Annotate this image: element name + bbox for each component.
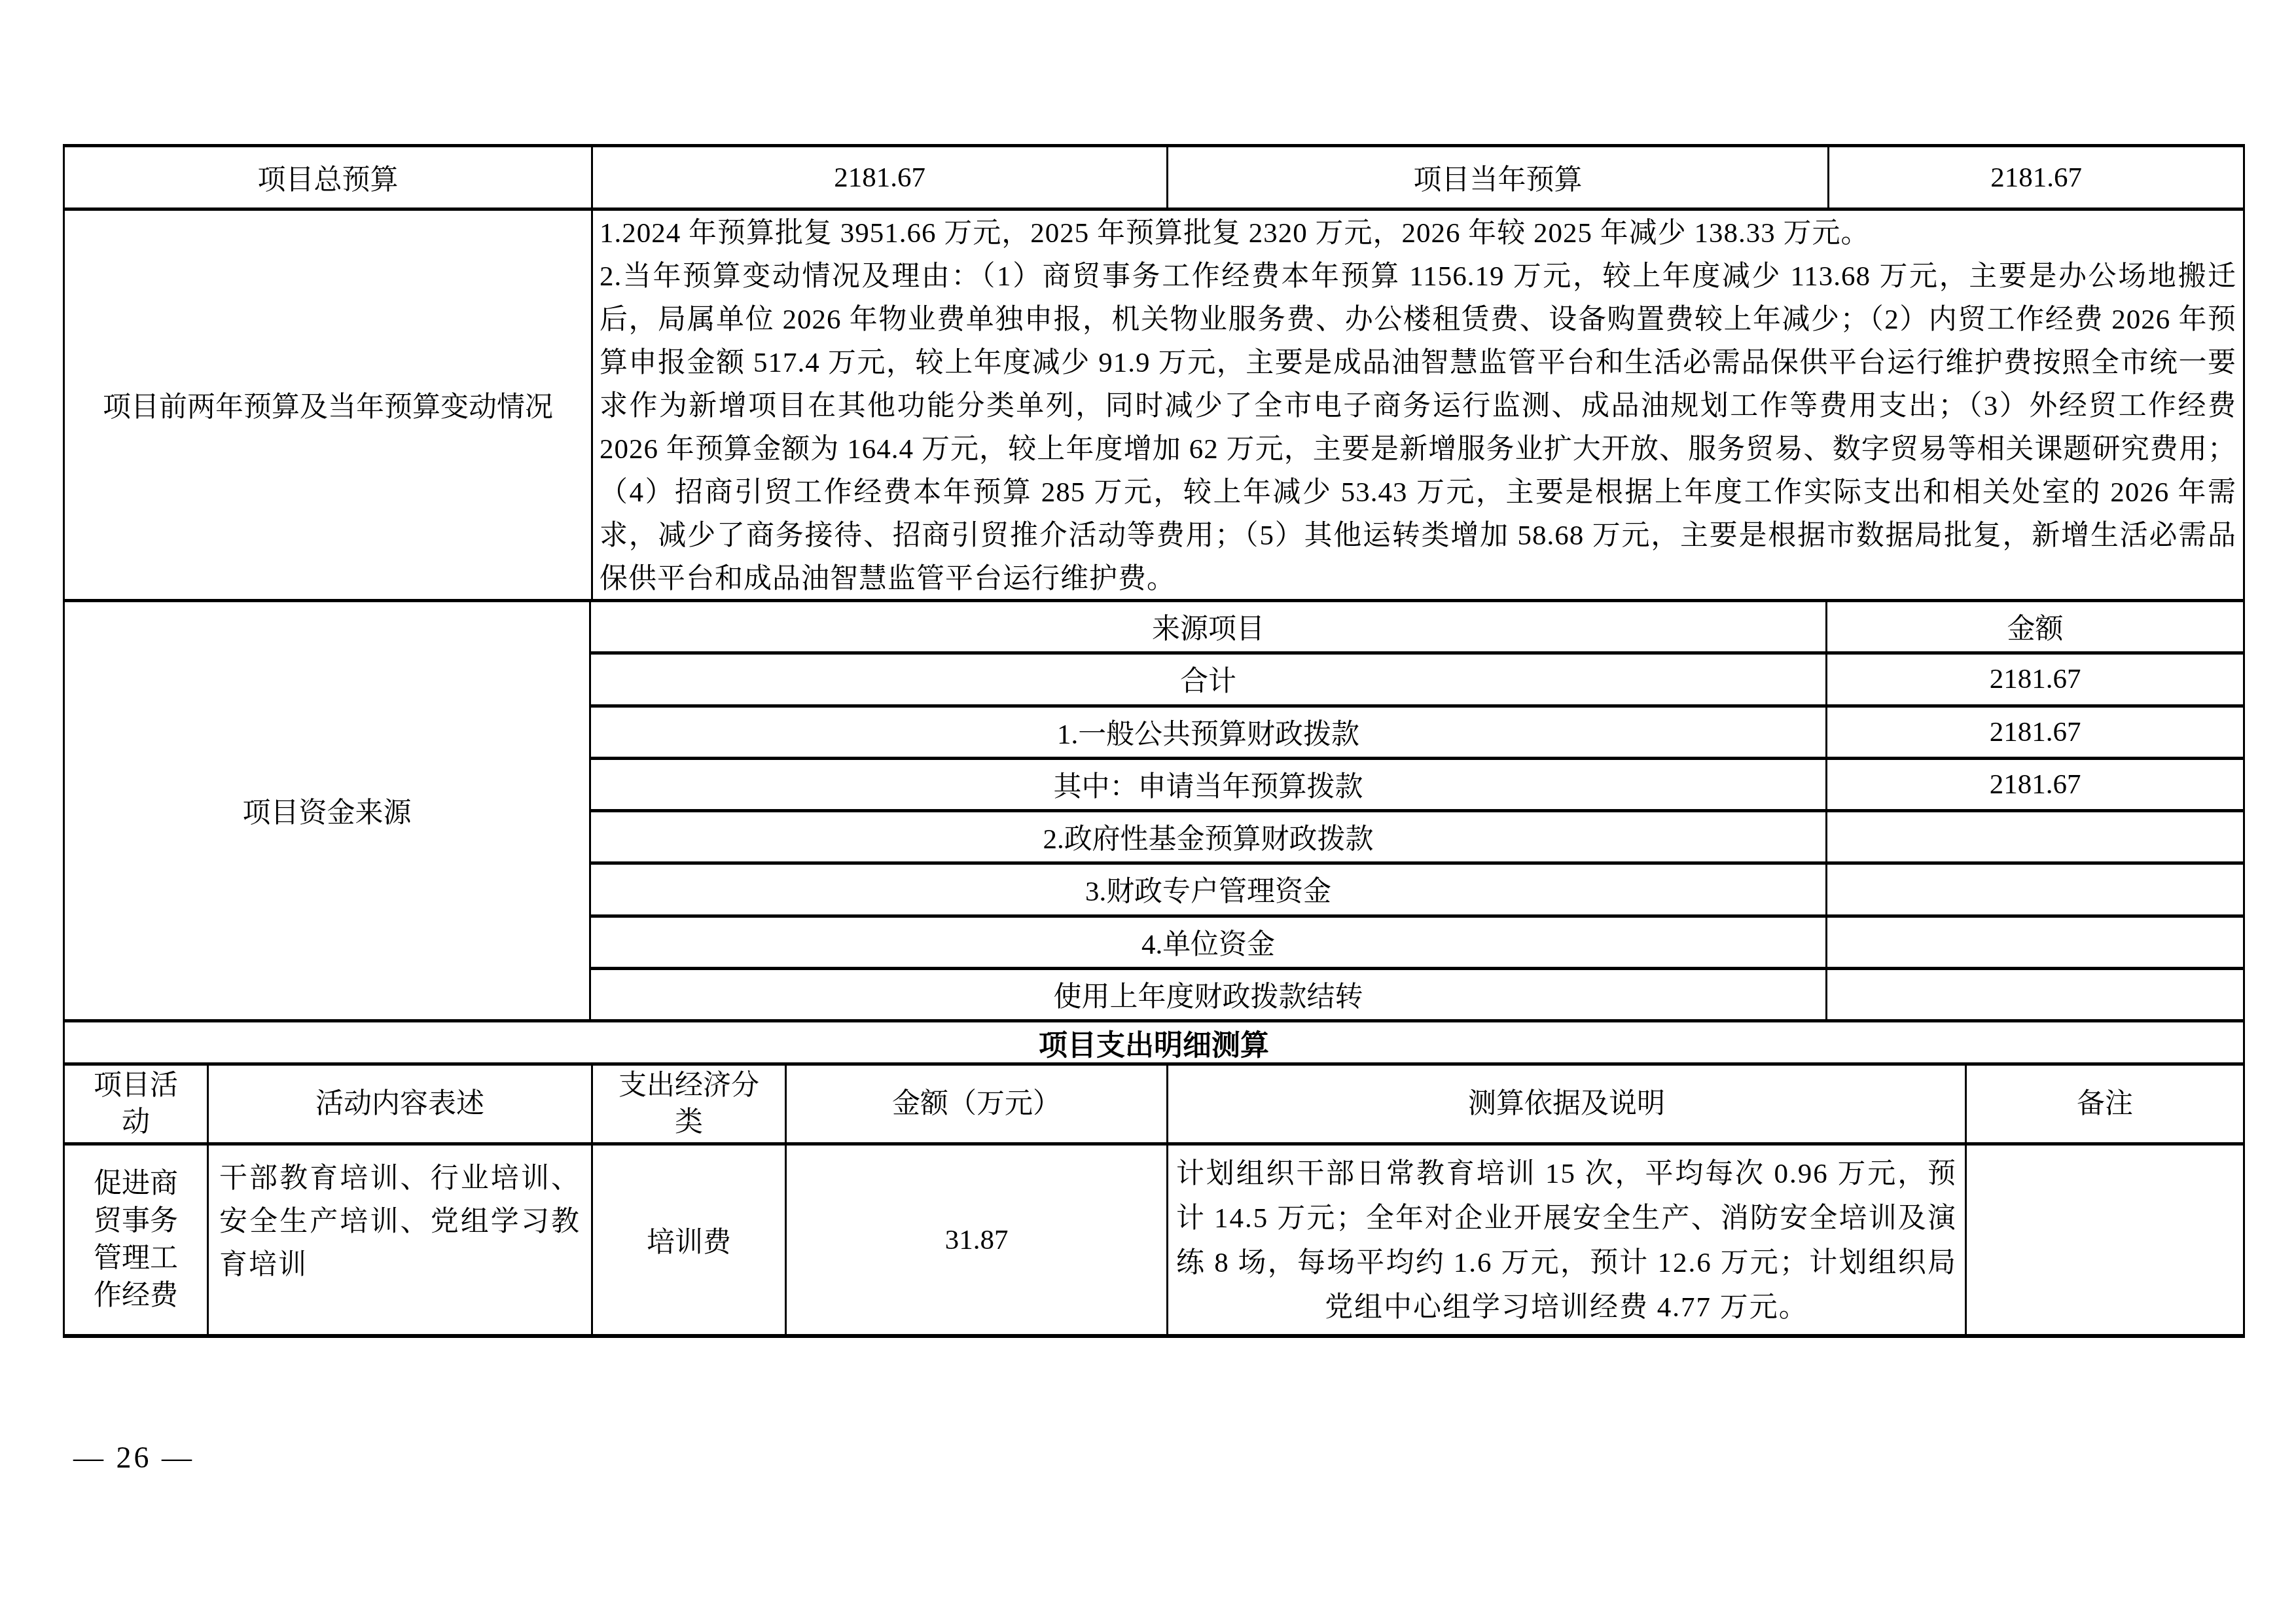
total-budget-label: 项目总预算 [65,147,591,208]
summary-row: 项目总预算 2181.67 项目当年预算 2181.67 [65,147,2243,211]
header-activity: 项目活动 [65,1066,207,1142]
funding-row: 1.一般公共预算财政拨款 2181.67 [589,708,2243,760]
funding-item: 1.一般公共预算财政拨款 [589,708,1825,757]
detail-section-title-row: 项目支出明细测算 [65,1022,2243,1066]
funding-row: 来源项目 金额 [589,602,2243,655]
funding-rows: 来源项目 金额 合计 2181.67 1.一般公共预算财政拨款 2181.67 … [589,602,2243,1019]
funding-row: 2.政府性基金预算财政拨款 [589,812,2243,865]
page-number: — 26 — [73,1440,194,1475]
cell-basis: 计划组织干部日常教育培训 15 次，平均每次 0.96 万元，预计 14.5 万… [1166,1146,1965,1334]
funding-amount [1825,812,2243,861]
funding-item: 其中：申请当年预算拨款 [589,760,1825,809]
detail-data-row: 促进商贸事务管理工作经费 干部教育培训、行业培训、安全生产培训、党组学习教育培训… [65,1146,2243,1334]
funding-item: 2.政府性基金预算财政拨款 [589,812,1825,861]
funding-amount: 2181.67 [1825,760,2243,809]
funding-row: 使用上年度财政拨款结转 [589,970,2243,1019]
funding-row: 其中：申请当年预算拨款 2181.67 [589,760,2243,812]
header-amount: 金额（万元） [785,1066,1166,1142]
cell-content: 干部教育培训、行业培训、安全生产培训、党组学习教育培训 [207,1146,591,1334]
funding-item: 3.财政专户管理资金 [589,865,1825,914]
cell-category: 培训费 [591,1146,785,1334]
funding-section: 项目资金来源 来源项目 金额 合计 2181.67 1.一般公共预算财政拨款 2… [65,602,2243,1022]
header-note: 备注 [1965,1066,2243,1142]
detail-header-row: 项目活动 活动内容表述 支出经济分类 金额（万元） 测算依据及说明 备注 [65,1066,2243,1146]
header-category: 支出经济分类 [591,1066,785,1142]
budget-table: 项目总预算 2181.67 项目当年预算 2181.67 项目前两年预算及当年预… [63,144,2245,1338]
funding-item: 来源项目 [589,602,1825,651]
funding-row: 3.财政专户管理资金 [589,865,2243,917]
current-budget-label: 项目当年预算 [1166,147,1827,208]
header-basis: 测算依据及说明 [1166,1066,1965,1142]
cell-amount: 31.87 [785,1146,1166,1334]
funding-item: 使用上年度财政拨款结转 [589,970,1825,1019]
header-content: 活动内容表述 [207,1066,591,1142]
total-budget-value: 2181.67 [591,147,1166,208]
funding-amount [1825,970,2243,1019]
budget-change-label: 项目前两年预算及当年预算变动情况 [65,211,591,599]
funding-amount: 2181.67 [1825,655,2243,704]
funding-row: 合计 2181.67 [589,655,2243,707]
cell-note [1965,1146,2243,1334]
funding-label: 项目资金来源 [65,602,589,1019]
funding-amount [1825,865,2243,914]
cell-activity: 促进商贸事务管理工作经费 [65,1146,207,1334]
funding-amount [1825,918,2243,967]
budget-change-row: 项目前两年预算及当年预算变动情况 1.2024 年预算批复 3951.66 万元… [65,211,2243,602]
document-page: { "page": { "number_label": "— 26 —", "b… [0,0,2296,1624]
funding-amount: 2181.67 [1825,708,2243,757]
funding-item: 4.单位资金 [589,918,1825,967]
budget-change-paragraph-1: 1.2024 年预算批复 3951.66 万元，2025 年预算批复 2320 … [600,212,2236,255]
funding-item: 合计 [589,655,1825,704]
budget-change-paragraph-2: 2.当年预算变动情况及理由：（1）商贸事务工作经费本年预算 1156.19 万元… [600,255,2236,599]
funding-amount: 金额 [1825,602,2243,651]
funding-row: 4.单位资金 [589,918,2243,970]
current-budget-value: 2181.67 [1827,147,2243,208]
budget-change-text: 1.2024 年预算批复 3951.66 万元，2025 年预算批复 2320 … [591,211,2243,599]
detail-section-title: 项目支出明细测算 [65,1022,2243,1062]
